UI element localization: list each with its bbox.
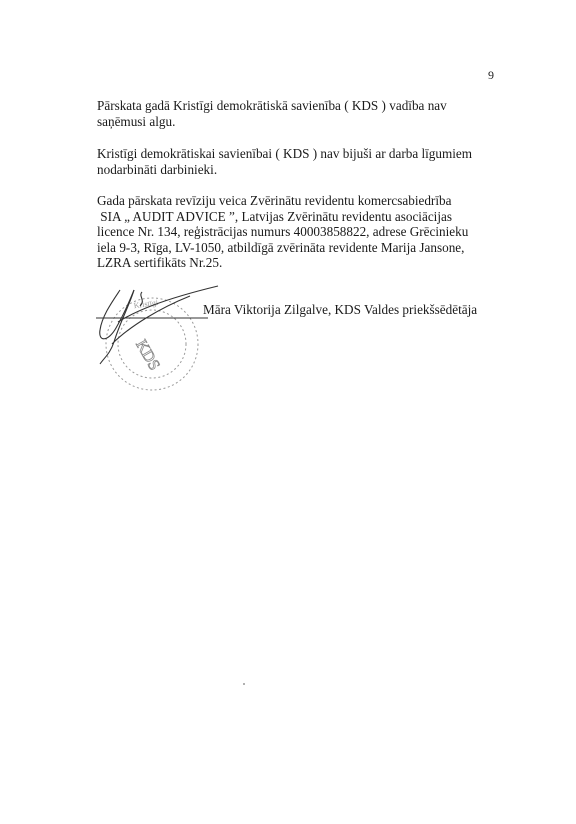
svg-text:KDS: KDS [132,337,163,373]
text-line: SIA „ AUDIT ADVICE ”, Latvijas Zvērinātu… [97,209,517,225]
page-number: 9 [488,68,494,83]
scan-speck [243,683,245,685]
paragraph-management-salary: Pārskata gadā Kristīgi demokrātiskā savi… [97,98,517,129]
stamp-and-signature: Kristīgi KDS [90,282,230,402]
signatory-name: Māra Viktorija Zilgalve, KDS Valdes prie… [203,302,477,318]
text-line: LZRA sertifikāts Nr.25. [97,255,517,271]
text-line: licence Nr. 134, reģistrācijas numurs 40… [97,224,517,240]
stamp-icon [106,298,198,390]
text-line: iela 9-3, Rīga, LV-1050, atbildīgā zvēri… [97,240,517,256]
text-line: Pārskata gadā Kristīgi demokrātiskā savi… [97,98,517,114]
paragraph-employees: Kristīgi demokrātiskai savienībai ( KDS … [97,146,517,177]
text-line: saņēmusi algu. [97,114,517,130]
text-line: Kristīgi demokrātiskai savienībai ( KDS … [97,146,517,162]
paragraph-audit: Gada pārskata revīziju veica Zvērinātu r… [97,193,517,271]
text-line: Gada pārskata revīziju veica Zvērinātu r… [97,193,517,209]
text-line: nodarbināti darbinieki. [97,162,517,178]
document-page: 9 Pārskata gadā Kristīgi demokrātiskā sa… [0,0,576,824]
